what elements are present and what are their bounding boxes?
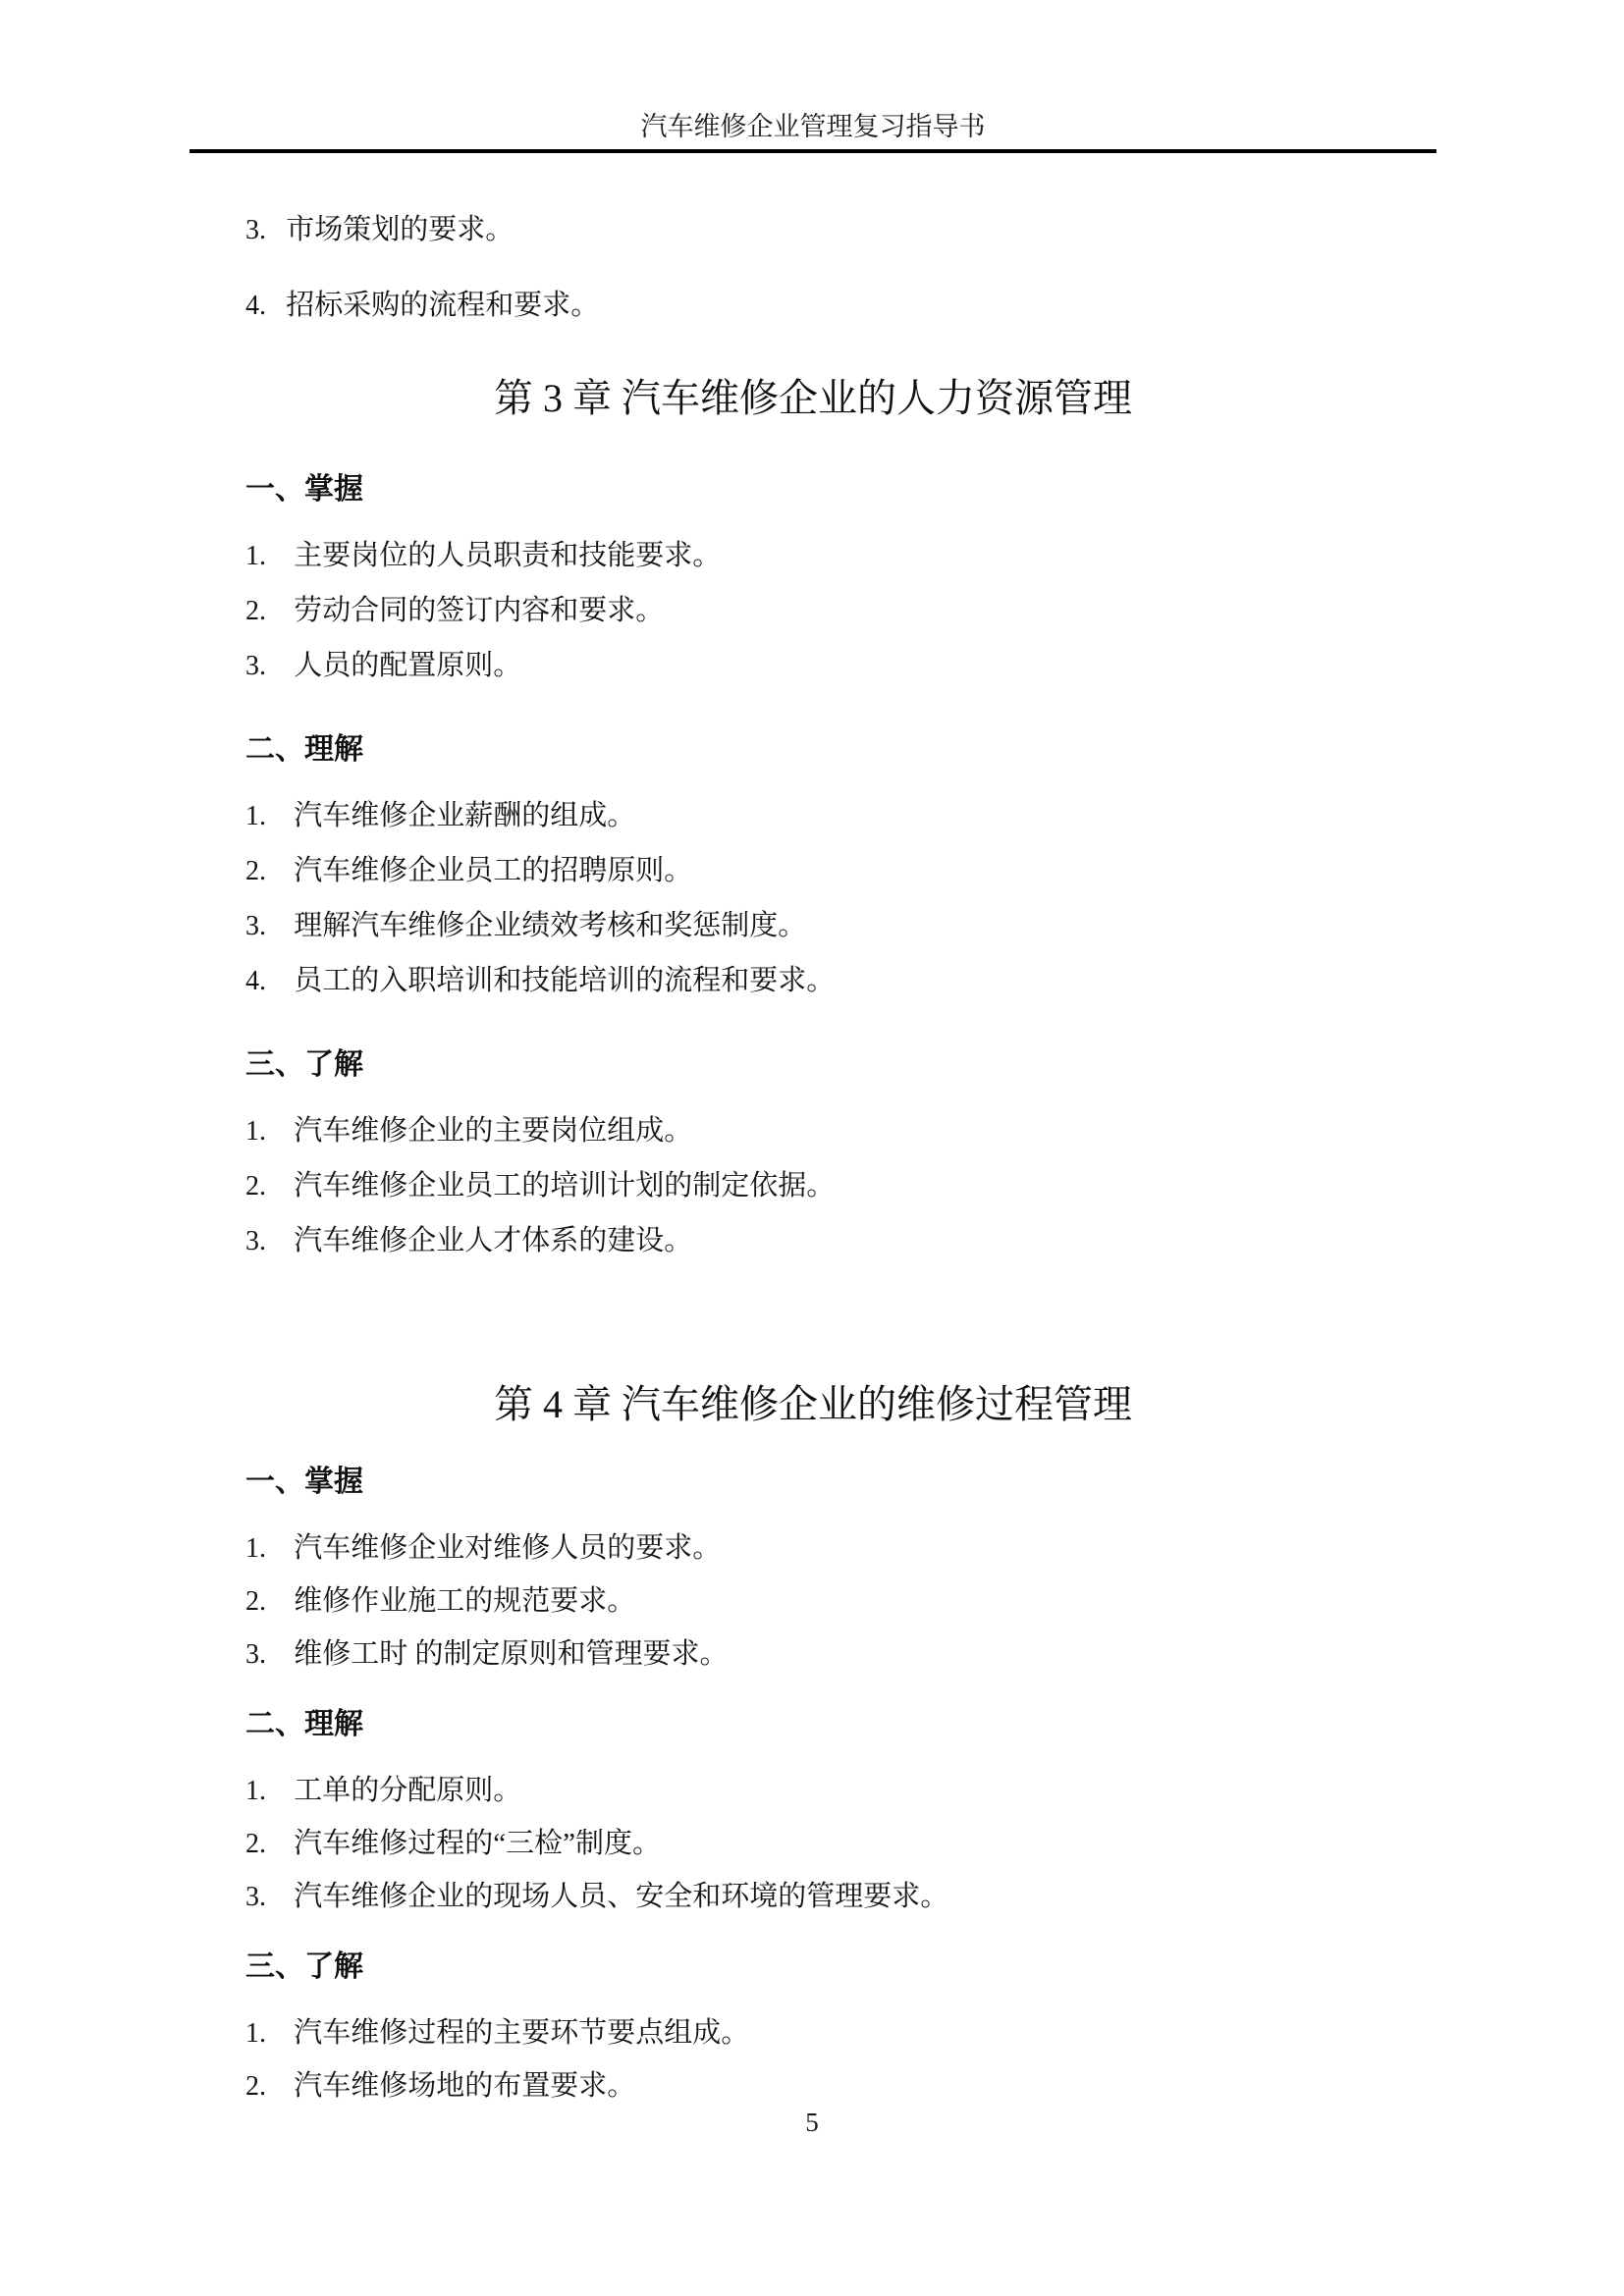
section-heading: 三、了解	[245, 1044, 1436, 1086]
item-text: 理解汽车维修企业绩效考核和奖惩制度。	[294, 910, 806, 941]
running-header: 汽车维修企业管理复习指导书	[189, 0, 1436, 145]
item-text: 汽车维修企业的主要岗位组成。	[294, 1115, 692, 1147]
item-number: 2.	[245, 1582, 287, 1622]
section-heading: 二、理解	[245, 729, 1436, 771]
chapter-body: 一、掌握 1. 汽车维修企业对维修人员的要求。 2. 维修作业施工的规范要求。 …	[189, 1462, 1436, 2107]
list-item: 4. 招标采购的流程和要求。	[245, 286, 1436, 326]
chapter-title: 第 4 章 汽车维修企业的维修过程管理	[189, 1377, 1436, 1432]
chapter-title: 第 3 章 汽车维修企业的人力资源管理	[189, 371, 1436, 426]
item-text: 市场策划的要求。	[286, 214, 514, 245]
list-item: 3. 理解汽车维修企业绩效考核和奖惩制度。	[245, 906, 1436, 946]
item-text: 汽车维修场地的布置要求。	[294, 2070, 635, 2102]
list-item: 2. 汽车维修过程的“三检”制度。	[245, 1824, 1436, 1864]
list-item: 3. 维修工时 的制定原则和管理要求。	[245, 1634, 1436, 1675]
page-number: 5	[0, 2105, 1624, 2140]
item-number: 3.	[245, 1878, 287, 1917]
list-item: 3. 市场策划的要求。	[245, 210, 1436, 250]
list-item: 2. 汽车维修场地的布置要求。	[245, 2066, 1436, 2107]
list-item: 1. 汽车维修企业薪酬的组成。	[245, 796, 1436, 836]
item-text: 工单的分配原则。	[294, 1775, 521, 1806]
header-rule	[189, 149, 1436, 153]
item-number: 1.	[245, 1529, 287, 1569]
item-text: 人员的配置原则。	[294, 650, 521, 681]
item-text: 招标采购的流程和要求。	[286, 290, 599, 321]
item-number: 3.	[245, 1222, 287, 1261]
item-number: 3.	[245, 211, 279, 250]
page-content: 汽车维修企业管理复习指导书 3. 市场策划的要求。 4. 招标采购的流程和要求。…	[0, 0, 1624, 2107]
item-text: 员工的入职培训和技能培训的流程和要求。	[294, 965, 835, 996]
section-heading: 一、掌握	[245, 1462, 1436, 1503]
item-text: 汽车维修过程的“三检”制度。	[294, 1828, 661, 1859]
item-number: 3.	[245, 647, 287, 686]
item-number: 4.	[245, 962, 287, 1001]
item-text: 汽车维修企业员工的培训计划的制定依据。	[294, 1170, 835, 1201]
list-item: 1. 工单的分配原则。	[245, 1771, 1436, 1811]
item-text: 汽车维修企业员工的招聘原则。	[294, 855, 692, 886]
list-item: 1. 汽车维修企业的主要岗位组成。	[245, 1111, 1436, 1151]
list-item: 3. 汽车维修企业人才体系的建设。	[245, 1221, 1436, 1261]
list-item: 1. 主要岗位的人员职责和技能要求。	[245, 536, 1436, 576]
item-number: 2.	[245, 592, 287, 631]
section-heading: 二、理解	[245, 1704, 1436, 1745]
item-text: 维修作业施工的规范要求。	[294, 1585, 635, 1617]
item-text: 主要岗位的人员职责和技能要求。	[294, 540, 721, 571]
list-item: 2. 维修作业施工的规范要求。	[245, 1581, 1436, 1622]
item-text: 汽车维修过程的主要环节要点组成。	[294, 2017, 749, 2049]
item-text: 汽车维修企业对维修人员的要求。	[294, 1532, 721, 1564]
item-number: 2.	[245, 1167, 287, 1206]
item-text: 汽车维修企业的现场人员、安全和环境的管理要求。	[294, 1881, 948, 1912]
list-item: 3. 人员的配置原则。	[245, 646, 1436, 686]
item-number: 1.	[245, 537, 287, 576]
item-number: 2.	[245, 852, 287, 891]
list-item: 3. 汽车维修企业的现场人员、安全和环境的管理要求。	[245, 1877, 1436, 1917]
item-number: 3.	[245, 907, 287, 946]
chapter-body: 一、掌握 1. 主要岗位的人员职责和技能要求。 2. 劳动合同的签订内容和要求。…	[189, 469, 1436, 1261]
section-heading: 三、了解	[245, 1947, 1436, 1988]
item-number: 1.	[245, 1112, 287, 1151]
document-page: 汽车维修企业管理复习指导书 3. 市场策划的要求。 4. 招标采购的流程和要求。…	[0, 0, 1624, 2296]
item-text: 劳动合同的签订内容和要求。	[294, 595, 664, 626]
item-number: 2.	[245, 2067, 287, 2107]
item-number: 1.	[245, 2014, 287, 2054]
item-text: 维修工时 的制定原则和管理要求。	[294, 1638, 728, 1670]
list-item: 4. 员工的入职培训和技能培训的流程和要求。	[245, 961, 1436, 1001]
item-number: 2.	[245, 1825, 287, 1864]
section-heading: 一、掌握	[245, 469, 1436, 510]
list-item: 2. 汽车维修企业员工的招聘原则。	[245, 851, 1436, 891]
list-item: 1. 汽车维修过程的主要环节要点组成。	[245, 2013, 1436, 2054]
item-text: 汽车维修企业薪酬的组成。	[294, 800, 635, 831]
list-item: 1. 汽车维修企业对维修人员的要求。	[245, 1528, 1436, 1569]
list-item: 2. 汽车维修企业员工的培训计划的制定依据。	[245, 1166, 1436, 1206]
item-number: 3.	[245, 1635, 287, 1675]
item-text: 汽车维修企业人才体系的建设。	[294, 1225, 692, 1256]
list-item: 2. 劳动合同的签订内容和要求。	[245, 591, 1436, 631]
item-number: 1.	[245, 1772, 287, 1811]
item-number: 1.	[245, 797, 287, 836]
item-number: 4.	[245, 287, 279, 326]
